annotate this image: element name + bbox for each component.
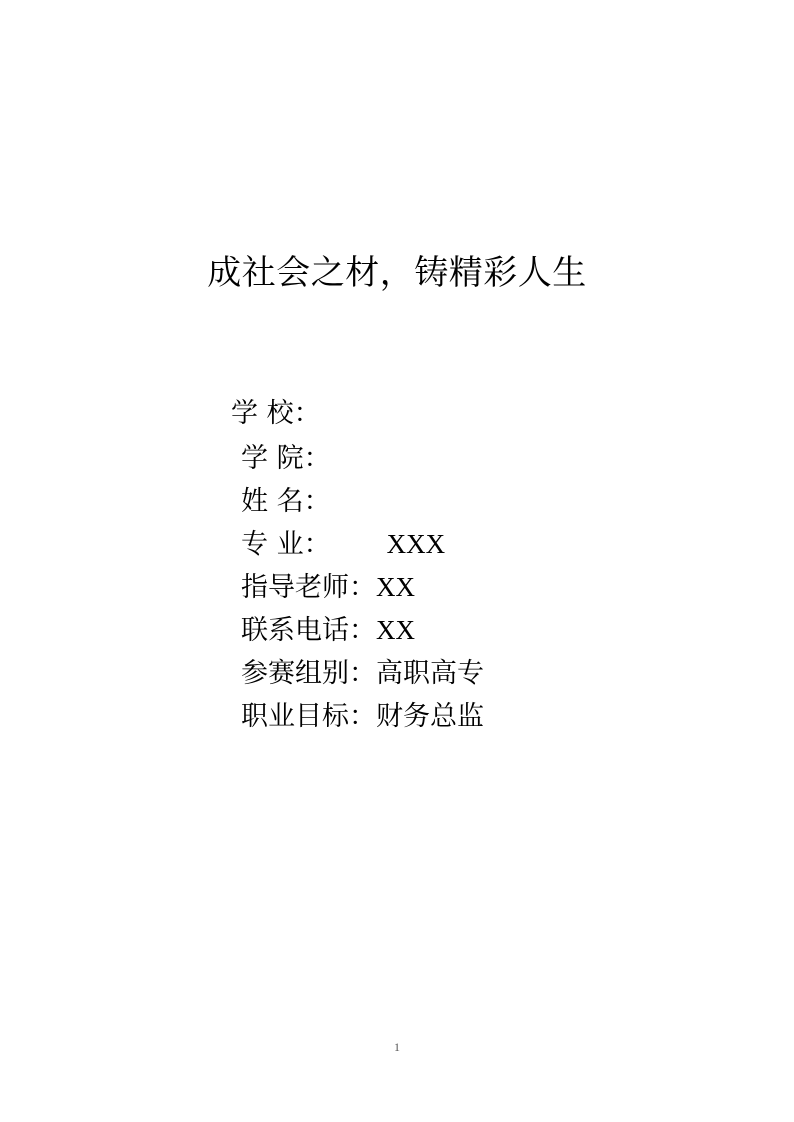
field-advisor: 指导老师：XX	[241, 569, 415, 606]
field-college: 学 院：	[241, 440, 331, 477]
field-name: 姓 名：	[241, 483, 331, 520]
field-label: 参赛组别：	[241, 658, 376, 689]
field-value: XX	[376, 572, 415, 602]
field-label: 姓 名：	[241, 486, 331, 517]
field-career-goal: 职业目标：财务总监	[241, 698, 484, 735]
field-label: 联系电话：	[241, 615, 376, 646]
field-label: 专 业：	[241, 529, 331, 560]
field-school: 学 校：	[231, 395, 321, 432]
field-label: 指导老师：	[241, 572, 376, 603]
field-label: 学 校：	[231, 398, 321, 429]
field-label: 学 院：	[241, 443, 331, 474]
document-title: 成社会之材，铸精彩人生	[0, 248, 794, 298]
field-value: XX	[376, 615, 415, 645]
field-group: 参赛组别：高职高专	[241, 655, 484, 692]
document-page: 成社会之材，铸精彩人生 学 校： 学 院： 姓 名： 专 业：XXX 指导老师：…	[0, 0, 794, 1122]
field-phone: 联系电话：XX	[241, 612, 415, 649]
field-major: 专 业：XXX	[241, 526, 445, 563]
field-label: 职业目标：	[241, 701, 376, 732]
field-value: XXX	[387, 529, 446, 559]
page-number: 1	[0, 1040, 794, 1055]
field-value: 高职高专	[376, 658, 484, 688]
field-value: 财务总监	[376, 701, 484, 731]
